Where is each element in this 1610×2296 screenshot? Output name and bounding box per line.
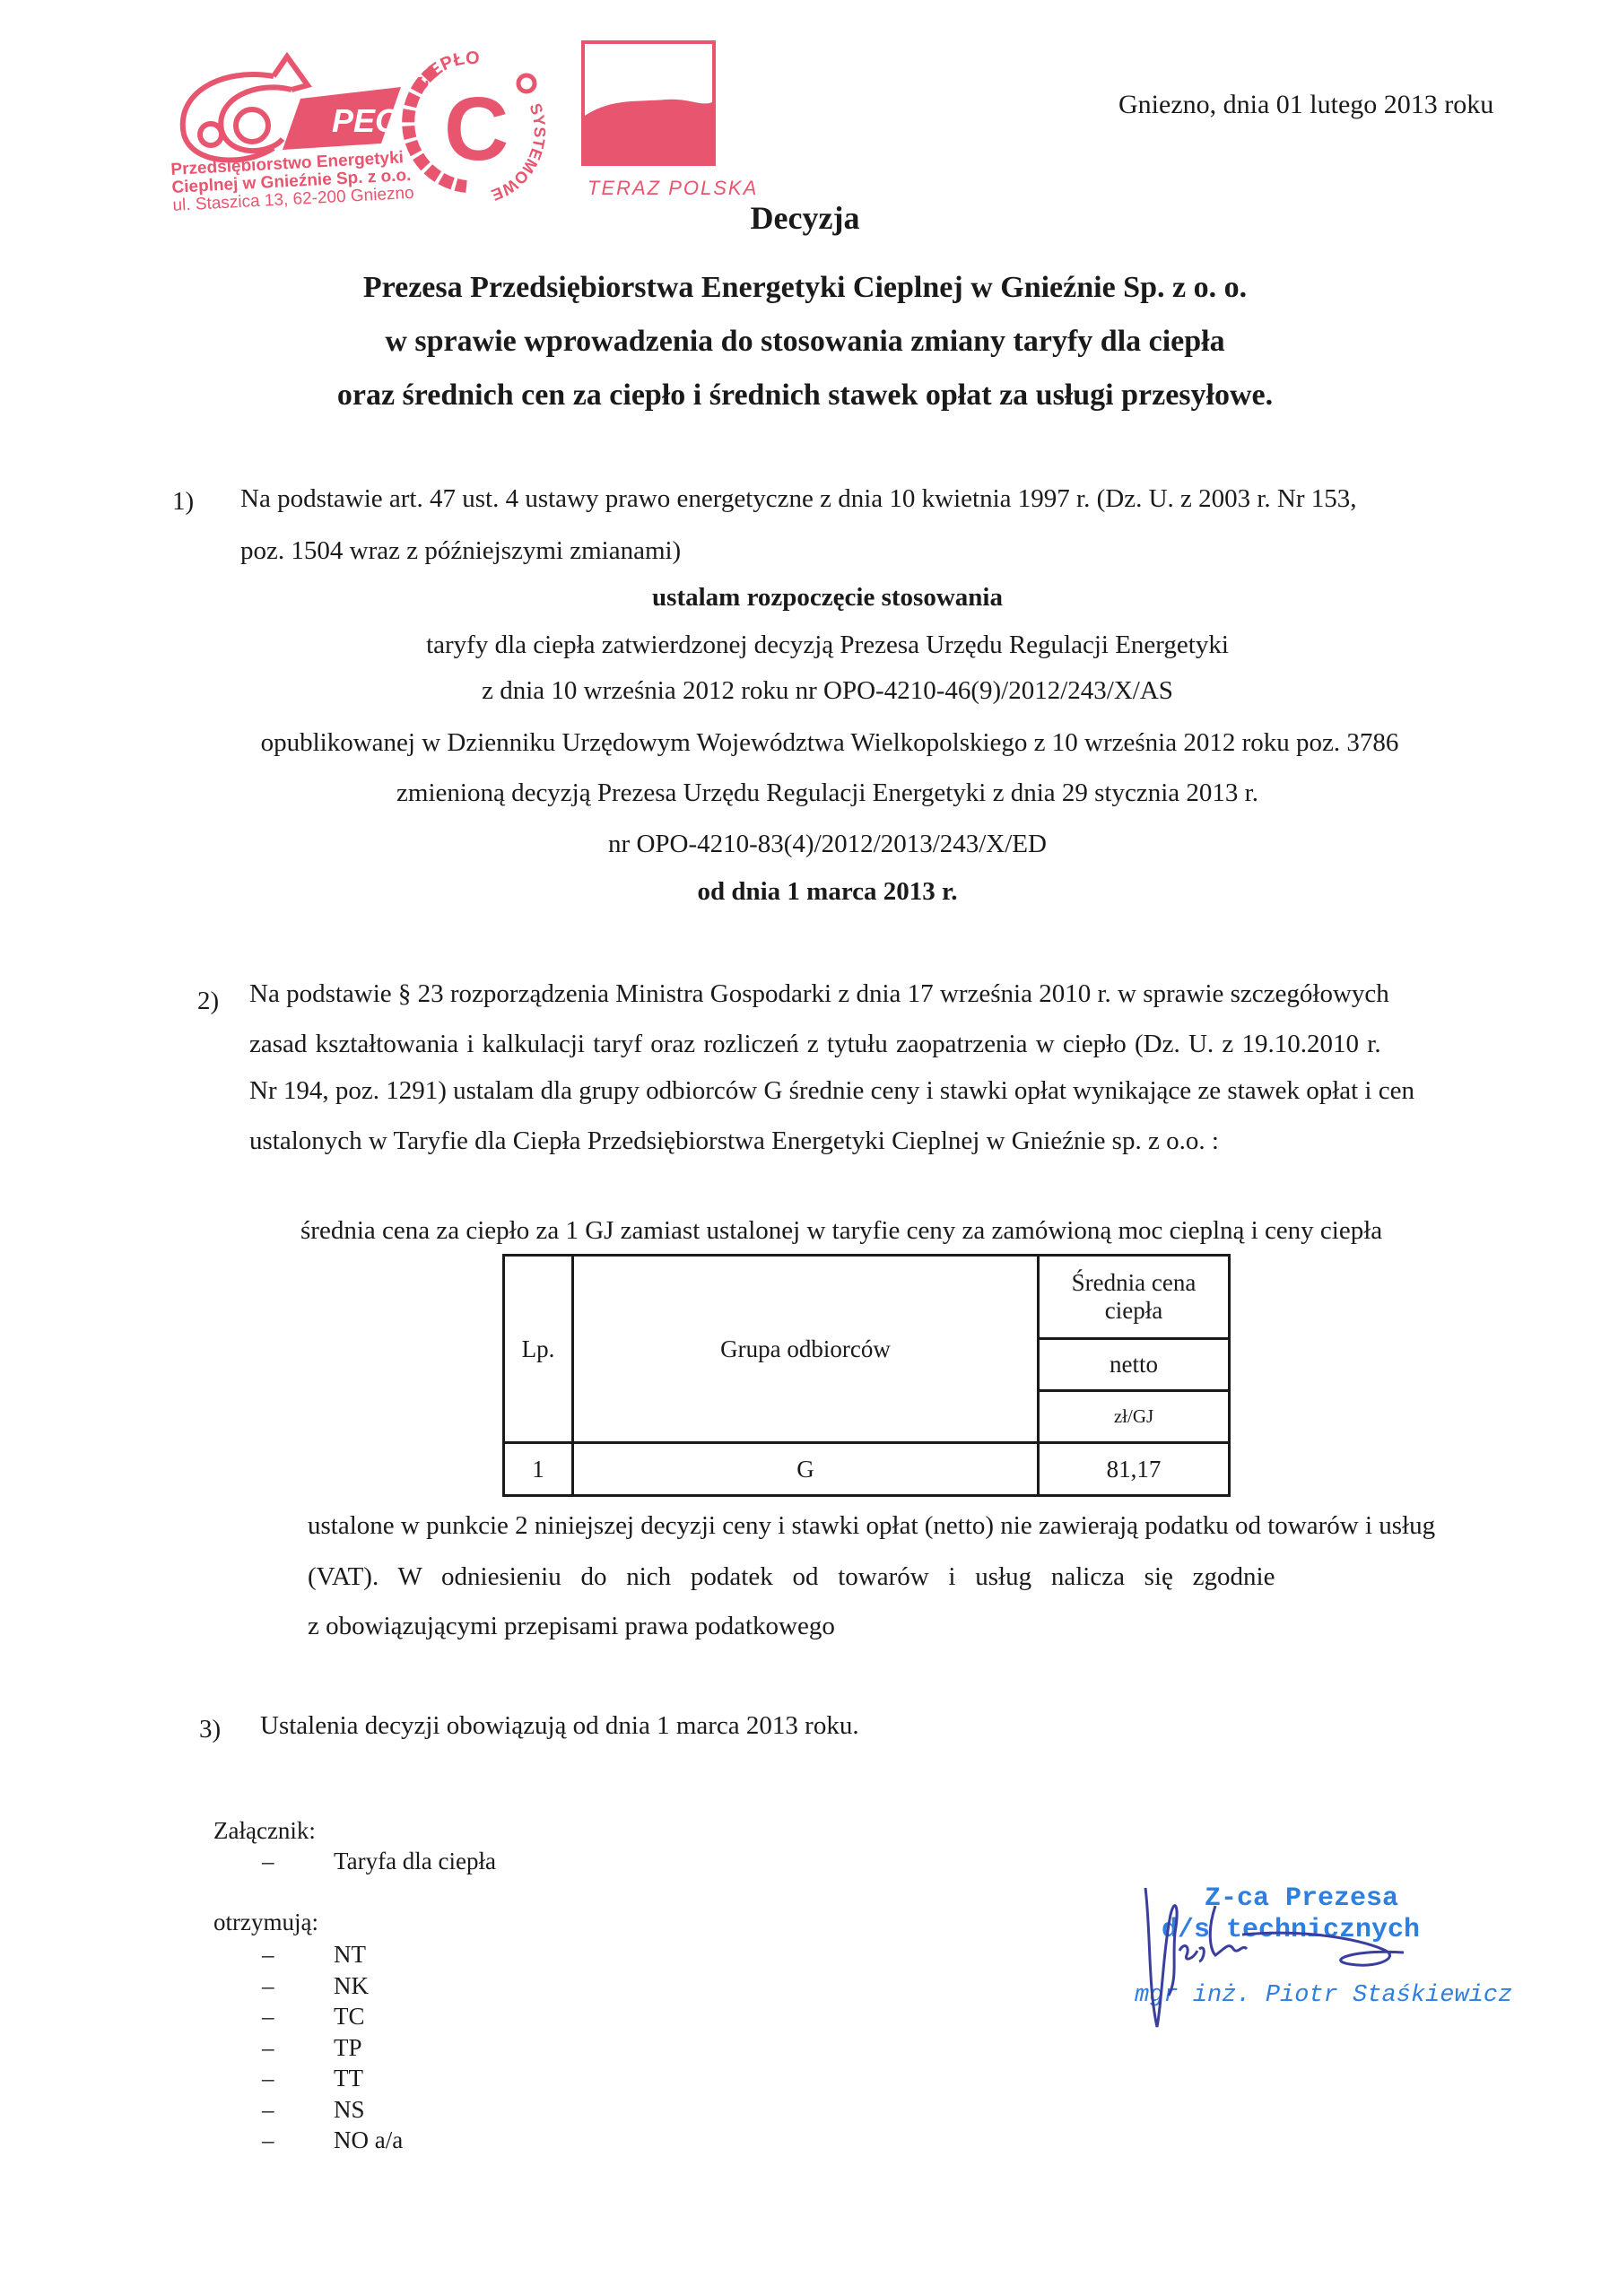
section-number: 1) [172,487,194,517]
header-group: Grupa odbiorców [573,1256,1039,1443]
section1-centered-line: opublikowanej w Dzienniku Urzędowym Woje… [0,728,1610,758]
table-intro: średnia cena za ciepło za 1 GJ zamiast u… [300,1216,1382,1246]
recipient-label: NO a/a [334,2126,403,2153]
svg-text:C: C [444,79,509,179]
recipient-item: –TP [262,2032,403,2064]
cieplo-systemowe-logo: CIEPŁO SYSTEMOWE C [381,34,552,204]
header-price: Średnia cena ciepła [1039,1256,1230,1339]
section1-line: Na podstawie art. 47 ust. 4 ustawy prawo… [240,484,1357,514]
section2-line: Nr 194, poz. 1291) ustalam dla grupy odb… [249,1076,1414,1106]
section1-effective-date: od dnia 1 marca 2013 r. [0,877,1610,907]
attachment-item-label: Taryfa dla ciepła [334,1848,496,1874]
header-price-line: ciepła [1040,1297,1228,1325]
polish-flag-icon [585,44,712,162]
price-table: Lp. Grupa odbiorców Średnia cena ciepła … [502,1254,1231,1497]
table-row: 1 G 81,17 [504,1443,1230,1496]
recipient-item: –TC [262,2001,403,2032]
recipient-label: TT [334,2065,363,2092]
recipient-item: –TT [262,2063,403,2094]
recipient-item: –NO a/a [262,2125,403,2156]
recipient-label: NK [334,1972,369,1999]
dash-icon: – [262,2032,334,2064]
section1-heading: ustalam rozpoczęcie stosowania [0,583,1610,613]
document-title: Decyzja [0,199,1610,237]
attachment-label: Załącznik: [213,1817,316,1845]
section3-text: Ustalenia decyzji obowiązują od dnia 1 m… [260,1711,859,1741]
dash-icon: – [262,2063,334,2094]
recipient-label: TP [334,2034,362,2061]
recipients-list: –NT –NK –TC –TP –TT –NS –NO a/a [262,1939,403,2156]
vat-line: (VAT). W odniesieniu do nich podatek od … [308,1562,1275,1592]
cell-price: 81,17 [1039,1443,1230,1496]
attachment-item: –Taryfa dla ciepła [262,1848,496,1875]
header-price-line: Średnia cena [1040,1269,1228,1297]
section2-line: zasad kształtowania i kalkulacji taryf o… [249,1030,1381,1059]
recipient-item: –NS [262,2094,403,2126]
dash-icon: – [262,1939,334,1970]
recipient-item: –NK [262,1970,403,2002]
section2-line: Na podstawie § 23 rozporządzenia Ministr… [249,979,1389,1009]
teraz-polska-logo [581,40,716,166]
header-lp: Lp. [504,1256,573,1443]
subtitle-line: w sprawie wprowadzenia do stosowania zmi… [0,325,1610,359]
cell-group: G [573,1443,1039,1496]
section1-line: poz. 1504 wraz z późniejszymi zmianami) [240,536,681,566]
recipients-label: otrzymują: [213,1909,318,1936]
dash-icon: – [262,2001,334,2032]
header-group-label: Grupa odbiorców [720,1335,891,1362]
handwritten-signature-icon [1135,1879,1520,2031]
section-number: 3) [199,1715,221,1744]
teraz-polska-text: TERAZ POLSKA [587,177,758,200]
header-price-unit: zł/GJ [1039,1390,1230,1442]
section1-centered-line: taryfy dla ciepła zatwierdzonej decyzją … [0,631,1610,660]
recipient-label: NT [334,1941,366,1968]
cieplo-systemowe-icon: CIEPŁO SYSTEMOWE C [381,34,552,204]
dash-icon: – [262,2125,334,2156]
section1-centered-line: nr OPO-4210-83(4)/2012/2013/243/X/ED [0,830,1610,859]
section-number: 2) [197,987,219,1016]
section1-centered-line: zmienioną decyzją Prezesa Urzędu Regulac… [0,778,1610,808]
recipient-label: TC [334,2003,365,2030]
vat-line: ustalone w punkcie 2 niniejszej decyzji … [308,1511,1435,1541]
dash-icon: – [262,1970,334,2002]
subtitle-line: oraz średnich cen za ciepło i średnich s… [0,378,1610,413]
dash-icon: – [262,2094,334,2126]
date-line: Gniezno, dnia 01 lutego 2013 roku [1118,90,1493,120]
recipient-label: NS [334,2096,365,2123]
section1-centered-line: z dnia 10 września 2012 roku nr OPO-4210… [0,676,1610,706]
dash-icon: – [262,1848,334,1875]
section2-line: ustalonych w Taryfie dla Ciepła Przedsię… [249,1126,1219,1156]
subtitle-line: Prezesa Przedsiębiorstwa Energetyki Ciep… [0,271,1610,305]
vat-line: z obowiązującymi przepisami prawa podatk… [308,1612,835,1641]
signature-stamp: Z-ca Prezesa d/s technicznych mgr inż. P… [1135,1879,1520,2031]
header-price-type: netto [1039,1338,1230,1390]
recipient-item: –NT [262,1939,403,1970]
cell-lp: 1 [504,1443,573,1496]
